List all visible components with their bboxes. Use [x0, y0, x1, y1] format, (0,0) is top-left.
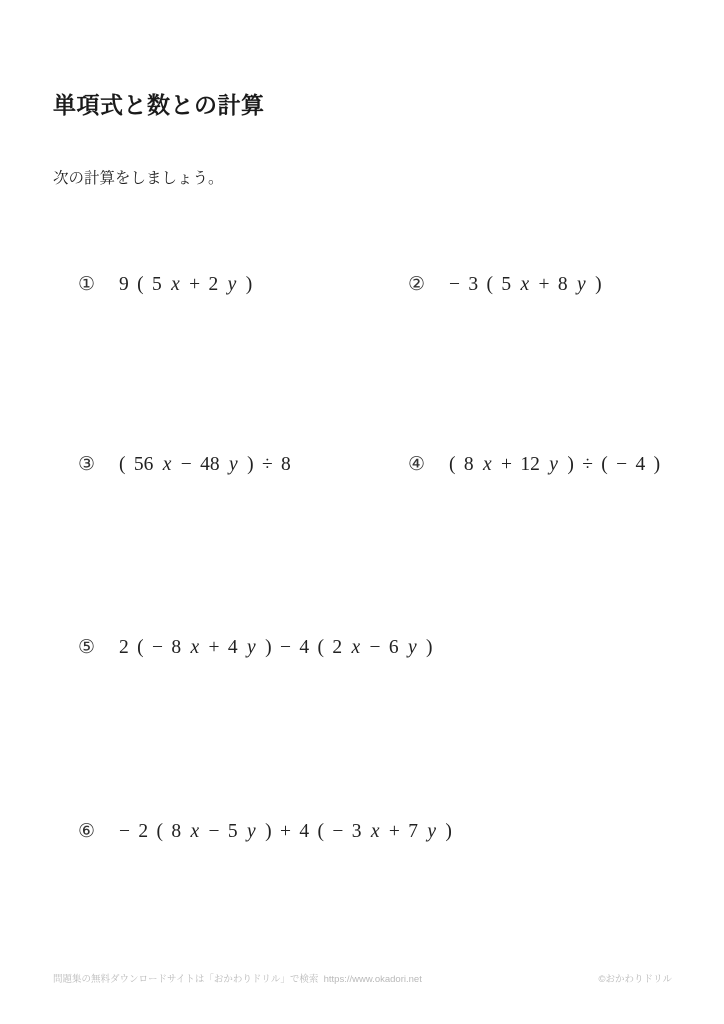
problem-6-number: ⑥ — [78, 818, 99, 844]
problem-6-expression: − 2 ( 8 x − 5 y ) + 4 ( − 3 x + 7 y ) — [119, 819, 452, 845]
problem-5-expression: 2 ( − 8 x + 4 y ) − 4 ( 2 x − 6 y ) — [119, 635, 433, 661]
problem-5-number: ⑤ — [78, 634, 99, 660]
problem-1-expression: 9 ( 5 x + 2 y ) — [119, 272, 252, 298]
problem-3-expression: ( 56 x − 48 y ) ÷ 8 — [119, 452, 291, 478]
problem-6: ⑥ − 2 ( 8 x − 5 y ) + 4 ( − 3 x + 7 y ) — [78, 818, 452, 845]
problem-5: ⑤ 2 ( − 8 x + 4 y ) − 4 ( 2 x − 6 y ) — [78, 634, 433, 661]
problem-1-number: ① — [78, 271, 99, 297]
instruction-text: 次の計算をしましょう。 — [53, 166, 224, 188]
problem-3-number: ③ — [78, 451, 99, 477]
worksheet-page: 単項式と数との計算 次の計算をしましょう。 ① 9 ( 5 x + 2 y ) … — [0, 0, 724, 1024]
problem-4: ④ ( 8 x + 12 y ) ÷ ( − 4 ) — [408, 451, 660, 478]
problem-4-expression: ( 8 x + 12 y ) ÷ ( − 4 ) — [449, 452, 660, 478]
problem-4-number: ④ — [408, 451, 429, 477]
problem-2: ② − 3 ( 5 x + 8 y ) — [408, 271, 602, 298]
footer-site-note: 問題集の無料ダウンロードサイトは「おかわりドリル」で検索 https://www… — [53, 971, 422, 985]
problem-3: ③ ( 56 x − 48 y ) ÷ 8 — [78, 451, 291, 478]
problem-2-expression: − 3 ( 5 x + 8 y ) — [449, 272, 602, 298]
problem-2-number: ② — [408, 271, 429, 297]
footer-copyright: ©おかわりドリル — [599, 971, 673, 985]
page-title: 単項式と数との計算 — [53, 87, 265, 120]
problem-1: ① 9 ( 5 x + 2 y ) — [78, 271, 252, 298]
